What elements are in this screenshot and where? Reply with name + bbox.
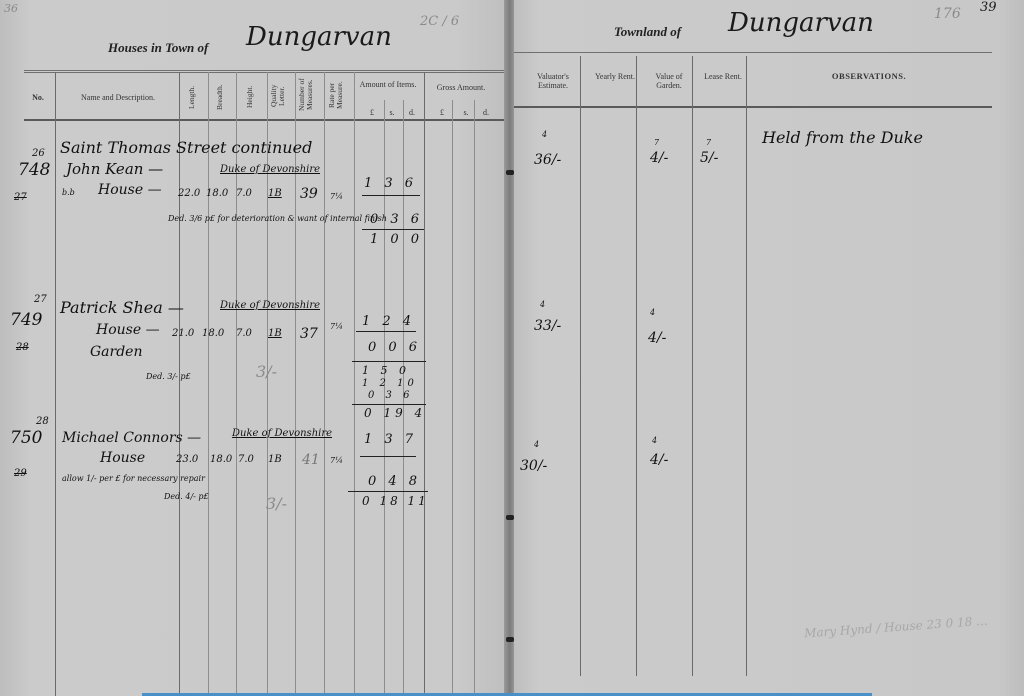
col-divider <box>424 72 425 696</box>
entry-1-lessor: Duke of Devonshire <box>220 164 320 175</box>
entry-3-deduction-amount: 0 4 8 <box>368 474 421 489</box>
entry-3-strike-line <box>360 456 416 457</box>
col-valuator: Valuator's Estimate. <box>524 72 582 90</box>
col-divider <box>636 56 637 676</box>
entry-1-measures: 39 <box>300 186 318 202</box>
entry-1-deduction-note: Ded. 3/6 p£ for deterioration & want of … <box>168 214 387 223</box>
entry-3-rate: 7¼ <box>330 456 343 465</box>
entry-1-rate: 7¼ <box>330 192 343 201</box>
col-divider <box>354 72 355 696</box>
col-amount: Amount of Items. <box>356 80 420 89</box>
col-garden: Value of Garden. <box>644 72 694 90</box>
entry-2-extra-description: Garden <box>90 344 143 360</box>
col-gross-shillings: s. <box>462 108 470 117</box>
r-entry-2-garden: 4/- <box>648 330 666 346</box>
col-height: Height. <box>246 78 254 116</box>
entry-3-deduction-note: Ded. 4/- p£ <box>164 492 209 501</box>
binding-mark <box>506 637 514 642</box>
entry-2-description: House — <box>96 322 160 338</box>
col-observations: OBSERVATIONS. <box>746 72 992 81</box>
entry-1-no: 748 <box>18 160 50 180</box>
col-gross: Gross Amount. <box>426 83 496 92</box>
entry-3-no: 750 <box>10 428 42 448</box>
townland-name: Dungarvan <box>728 8 874 38</box>
entry-1-strike-line <box>362 195 420 196</box>
binding-mark <box>506 515 514 520</box>
entry-2-strike-line <box>356 331 416 332</box>
page-number: 39 <box>980 0 997 15</box>
entry-1-sum-line <box>362 229 424 230</box>
r-entry-2-valuator-mark: 4 <box>540 300 545 309</box>
entry-1-description: House — <box>98 182 162 198</box>
entry-2-pencil-note: 3/- <box>256 362 277 381</box>
r-entry-2-garden-mark: 4 <box>650 308 655 317</box>
entry-3-pencil-note: 3/- <box>266 494 287 513</box>
r-entry-1-lease: 5/- <box>700 150 718 166</box>
entry-1-quality: 1B <box>268 188 282 199</box>
entry-3-amount: 1 3 7 <box>364 432 417 447</box>
entry-2-lessor: Duke of Devonshire <box>220 300 320 311</box>
entry-3-name: Michael Connors — <box>62 430 201 446</box>
r-entry-1-garden-mark: 7 <box>654 138 659 147</box>
entry-2-no-bottom: 28 <box>16 342 29 353</box>
faint-bleedthrough-text: Mary Hynd / House 23 0 18 ... <box>804 614 988 641</box>
entry-2-deduction-note: Ded. 3/- p£ <box>146 372 191 381</box>
col-divider <box>208 72 209 696</box>
col-divider <box>179 72 180 696</box>
entry-2-total-line <box>352 404 426 405</box>
entry-2-subtotal-1: 1 5 0 <box>362 364 410 377</box>
town-name: Dungarvan <box>246 22 392 52</box>
col-divider <box>324 72 325 696</box>
header-bottom-rule <box>24 119 506 121</box>
col-quality: Quality Letter. <box>270 76 288 116</box>
col-gross-pounds: £ <box>438 108 446 117</box>
entry-3-lessor: Duke of Devonshire <box>232 428 332 439</box>
header-top-rule <box>514 52 992 53</box>
entry-2-breadth: 18.0 <box>202 328 224 339</box>
binding-mark <box>506 170 514 175</box>
entry-2-sum-line <box>352 361 426 362</box>
col-length: Length. <box>188 78 196 116</box>
entry-3-no-bottom: 29 <box>14 468 27 479</box>
left-page: 36 Houses in Town of Dungarvan 2C / 6 No… <box>0 0 506 696</box>
entry-2-height: 7.0 <box>236 328 252 339</box>
col-name: Name and Description. <box>58 93 178 102</box>
col-amount-pounds: £ <box>368 108 376 117</box>
col-gross-pence: d. <box>482 108 490 117</box>
r-entry-3-valuator-mark: 4 <box>534 440 539 449</box>
col-yearly-rent: Yearly Rent. <box>590 72 640 81</box>
entry-1-name: John Kean — <box>66 160 163 178</box>
col-divider <box>55 72 56 696</box>
entry-1-deduction-amount: 0 3 6 <box>370 212 423 227</box>
r-entry-1-valuator-mark: 4 <box>542 130 547 139</box>
entry-1-amount: 1 3 6 <box>364 176 417 191</box>
entry-3-sum-line <box>348 491 428 492</box>
r-entry-1-lease-mark: 7 <box>706 138 711 147</box>
right-page: Townland of Dungarvan 176 39 Valuator's … <box>514 0 1024 696</box>
col-measures: Number of Measures. <box>298 74 316 116</box>
col-breadth: Breadth. <box>216 78 224 116</box>
entry-3-breadth: 18.0 <box>210 454 232 465</box>
entry-3-length: 23.0 <box>176 454 198 465</box>
entry-2-total: 0 19 4 <box>364 406 426 420</box>
r-entry-3-garden: 4/- <box>650 452 668 468</box>
corner-ref: 36 <box>4 2 18 15</box>
r-entry-1-valuator: 36/- <box>534 152 561 168</box>
entry-2-extra-amount: 0 0 6 <box>368 340 421 355</box>
col-divider <box>580 56 581 676</box>
entry-2-no-top: 27 <box>34 294 47 305</box>
col-amount-pence: d. <box>408 108 416 117</box>
entry-2-subtotal-3: 0 3 6 <box>368 390 413 401</box>
r-entry-2-valuator: 33/- <box>534 318 561 334</box>
col-lease-rent: Lease Rent. <box>698 72 748 81</box>
entry-3-measures: 41 <box>302 452 320 468</box>
townland-title-label: Townland of <box>614 24 681 40</box>
entry-2-length: 21.0 <box>172 328 194 339</box>
entry-3-height: 7.0 <box>238 454 254 465</box>
entry-2-amount: 1 2 4 <box>362 314 415 329</box>
r-entry-1-observation: Held from the Duke <box>762 128 923 147</box>
r-entry-1-garden: 4/- <box>650 150 668 166</box>
col-divider <box>474 100 475 696</box>
entry-3-total: 0 18 11 <box>362 494 429 508</box>
pencil-ref: 176 <box>934 6 961 22</box>
entry-3-quality: 1B <box>268 454 282 465</box>
r-entry-3-garden-mark: 4 <box>652 436 657 445</box>
entry-3-description: House <box>100 450 145 466</box>
entry-3-no-top: 28 <box>36 416 49 427</box>
entry-1-sub-no: b.b <box>62 188 75 197</box>
header-top-rule <box>24 70 506 71</box>
entry-1-street: Saint Thomas Street continued <box>60 138 312 157</box>
col-amount-shillings: s. <box>388 108 396 117</box>
col-no: No. <box>28 93 48 102</box>
entry-1-breadth: 18.0 <box>206 188 228 199</box>
header-top-rule-2 <box>24 72 506 73</box>
entry-2-name: Patrick Shea — <box>60 298 184 317</box>
col-divider <box>452 100 453 696</box>
entry-2-no: 749 <box>10 310 42 330</box>
entry-1-height: 7.0 <box>236 188 252 199</box>
r-entry-3-valuator: 30/- <box>520 458 547 474</box>
entry-1-no-bottom: 27 <box>14 192 27 203</box>
entry-3-allow-note: allow 1/- per £ for necessary repair <box>62 474 205 483</box>
pencil-ref: 2C / 6 <box>420 14 459 29</box>
entry-1-no-top: 26 <box>32 148 45 159</box>
entry-2-rate: 7¼ <box>330 322 343 331</box>
col-divider <box>746 56 747 676</box>
entry-2-measures: 37 <box>300 326 318 342</box>
houses-title-label: Houses in Town of <box>108 40 208 56</box>
entry-2-quality: 1B <box>268 328 282 339</box>
col-rate: Rate per Measure. <box>328 74 346 116</box>
entry-1-total: 1 0 0 <box>370 232 423 247</box>
header-bottom-rule <box>514 106 992 108</box>
col-divider <box>692 56 693 676</box>
entry-2-subtotal-2: 1 2 10 <box>362 378 418 389</box>
entry-1-length: 22.0 <box>178 188 200 199</box>
